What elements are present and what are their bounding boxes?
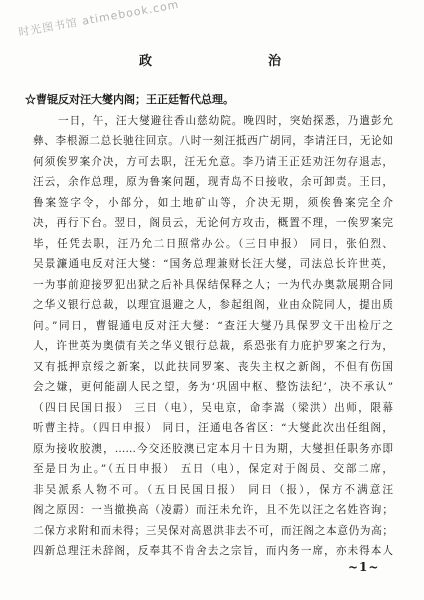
section-title-left: 政 — [139, 50, 152, 69]
text-line: 之华义银行总裁，以理宜退避之人，参起组阁，业由众院同人，提出质 — [33, 295, 393, 316]
text-line: 会之嫌，更何能副人民之望，务为‘巩固中枢、整饬法纪’，决不承认” — [33, 377, 393, 398]
article-heading: ☆曹锟反对汪大燮内阁；王正廷暂代总理。 — [25, 90, 234, 110]
text-line: 非吴派系人物不可。（五日民国日报） 同日（报），保方不满意汪 — [33, 480, 393, 501]
article-body: 一日，午，汪大燮避往香山慈幼院。晚四时，突始探悉，乃遣彭允 彝、李根源二总长驰往… — [33, 111, 393, 562]
text-line: 四新总理汪未辞阁，反奉其不肯舍去之宗旨，而内务一席，亦未得本人 — [33, 541, 393, 562]
watermark: 时光图书馆 atimebook.com — [17, 0, 180, 40]
text-line: 鲁案签字令，小部分，如土地矿山等，介决无期，须俟鲁案完全介 — [33, 193, 393, 214]
text-line: 汪云，余作总理，原为鲁案问题，现青岛不日接收，余可卸责。王曰， — [33, 172, 393, 193]
text-line: 人，许世英为奥债有关之华义银行总裁，系恐张有力庇护罗案之行为， — [33, 336, 393, 357]
text-line: 一日，午，汪大燮避往香山慈幼院。晚四时，突始探悉，乃遣彭允 — [33, 111, 393, 132]
text-line: 听曹主持。（四日申报） 同日，汪通电各省区：“大燮此次出任组阁， — [33, 418, 393, 439]
page-number: ~1~ — [348, 560, 379, 574]
text-line: 彝、李根源二总长驰往回京。八时一刻汪抵西广胡同，李请汪曰，无论如 — [33, 131, 393, 152]
section-title-right: 治 — [268, 50, 281, 69]
text-line: （四日民国日报） 三日（电），吴电京，命李嵩（梁洪）出师，限幕 — [33, 398, 393, 419]
text-line: 吴景濂通电反对汪大燮：“国务总理兼财长汪大燮，司法总长许世英， — [33, 254, 393, 275]
text-line: 原为接收胶澳，……今交还胶澳已定本月十日为期，大燮担任职务亦即 — [33, 439, 393, 460]
text-line: 二保方求附和而未得；三吴保对高恩洪非去不可，而汪阁之本意仍为高； — [33, 521, 393, 542]
text-line: 毕，任凭去职，汪乃允二日照常办公。（三日申报） 同日，张伯烈、 — [33, 234, 393, 255]
text-line: 决，再行下台。翌日，阁员云，无论何方攻击，概置不理，一俟罗案完 — [33, 213, 393, 234]
text-line: 一为事前迎接罗犯出狱之后补具保结保释之人；一为代办奥款展期合同 — [33, 275, 393, 296]
text-line: 问。”同日，曹锟通电反对汪大燮：“查汪大燮乃具保罗文干出检厅之 — [33, 316, 393, 337]
text-line: 阁之原因：一当撤换高（凌霨）而汪未允许，且不先以汪之名姓咨询； — [33, 500, 393, 521]
text-line: 至是日为止。”（五日申报） 五日（电），保定对于阁员、交部二席， — [33, 459, 393, 480]
text-line: 何须俟罗案介决，方可去职，汪无允意。李乃请王正廷劝汪勿存退志， — [33, 152, 393, 173]
text-line: 又有抵押京绥之新案，以此扶同罗案、丧失主权之新阁，不但有伤国 — [33, 357, 393, 378]
